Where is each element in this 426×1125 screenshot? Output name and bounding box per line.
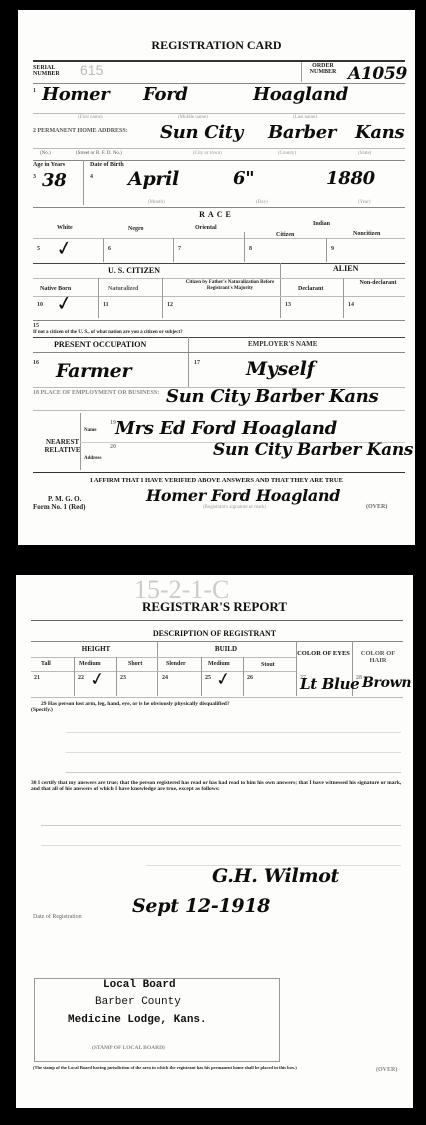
build-medium-check: ✓ <box>215 670 233 690</box>
stamp-note: (The stamp of the Local Board having jur… <box>33 1065 303 1071</box>
dob-year: 1880 <box>326 168 375 189</box>
hair-color-value: Brown <box>362 675 411 691</box>
native-born-check: ✓ <box>54 292 74 315</box>
stamp-label: (STAMP OF LOCAL BOARD) <box>92 1045 165 1051</box>
stamp-line3: Medicine Lodge, Kans. <box>68 1014 207 1026</box>
card-title: REGISTRATION CARD <box>18 38 415 53</box>
stamp-line1: Local Board <box>103 979 176 991</box>
relative-address: Sun City Barber Kans <box>213 440 413 460</box>
form-id-line1: P. M. G. O. <box>48 495 81 503</box>
affirmation-text: I AFFIRM THAT I HAVE VERIFIED ABOVE ANSW… <box>18 477 415 484</box>
q29-text: 29 Has person lost arm, leg, hand, eye, … <box>41 701 230 707</box>
registration-date-label: Date of Registration <box>33 914 82 920</box>
registration-card: REGISTRATION CARD SERIAL NUMBER 615 ORDE… <box>18 10 415 545</box>
occupation-value: Farmer <box>56 360 131 382</box>
form-id-line2: Form No. 1 (Red) <box>33 503 86 511</box>
dob-day: 6" <box>233 168 254 189</box>
indian-label: Indian <box>313 221 330 227</box>
race-white-check: ✓ <box>54 237 74 260</box>
nearest-relative-label: NEAREST RELATIVE <box>35 438 90 454</box>
employment-place: Sun City Barber Kans <box>166 386 378 407</box>
employer-value: Myself <box>246 358 314 380</box>
serial-number: 615 <box>80 62 103 78</box>
description-header: DESCRIPTION OF REGISTRANT <box>16 629 413 638</box>
local-board-stamp-box: Local Board Barber County Medicine Lodge… <box>34 978 280 1062</box>
alien-header: ALIEN <box>333 264 358 273</box>
us-citizen-header: U. S. CITIZEN <box>108 266 160 275</box>
registrar-signature: G.H. Wilmot <box>212 865 339 887</box>
name-first: Homer <box>42 84 110 105</box>
report-title: REGISTRAR'S REPORT <box>16 599 413 615</box>
stamp-line2: Barber County <box>95 996 181 1008</box>
order-number-label: ORDER NUMBER <box>306 63 340 75</box>
build-header: BUILD <box>161 645 291 653</box>
eye-color-header: COLOR OF EYES <box>296 650 351 657</box>
age-label: Age in Years <box>33 162 65 168</box>
name-middle: Ford <box>143 84 188 105</box>
registration-date: Sept 12-1918 <box>132 895 270 917</box>
height-medium-check: ✓ <box>89 670 107 690</box>
employer-header: EMPLOYER'S NAME <box>248 340 317 348</box>
age-value: 38 <box>42 170 66 191</box>
occupation-header: PRESENT OCCUPATION <box>54 340 146 349</box>
hair-color-header: COLOR OF HAIR <box>352 650 404 664</box>
q30-text: 30 I certify that my answers are true; t… <box>31 780 403 792</box>
dob-month: April <box>128 168 179 190</box>
eye-color-value: Lt Blue <box>300 675 359 693</box>
dob-label: Date of Birth <box>90 162 124 168</box>
home-address-city: Sun City <box>160 122 243 143</box>
registrars-report-card: 15-2-1-C REGISTRAR'S REPORT DESCRIPTION … <box>16 575 413 1108</box>
name-last: Hoagland <box>253 84 348 105</box>
q15-label: If not a citizen of the U. S., of what n… <box>33 330 183 335</box>
over-label: (OVER) <box>366 504 387 510</box>
employment-place-label: 18 PLACE OF EMPLOYMENT OR BUSINESS: <box>33 390 159 396</box>
height-header: HEIGHT <box>31 645 161 653</box>
race-header: RACE <box>18 210 415 219</box>
serial-number-label: SERIAL NUMBER <box>33 65 63 77</box>
registrant-signature: Homer Ford Hoagland <box>146 486 340 505</box>
relative-name: Mrs Ed Ford Hoagland <box>115 418 337 439</box>
home-address-label: 2 PERMANENT HOME ADDRESS: <box>33 128 128 134</box>
order-number: A1059 <box>348 64 407 84</box>
home-address-county: Barber <box>268 122 336 143</box>
home-address-state: Kans <box>355 122 404 143</box>
over-label-2: (OVER) <box>376 1067 397 1073</box>
